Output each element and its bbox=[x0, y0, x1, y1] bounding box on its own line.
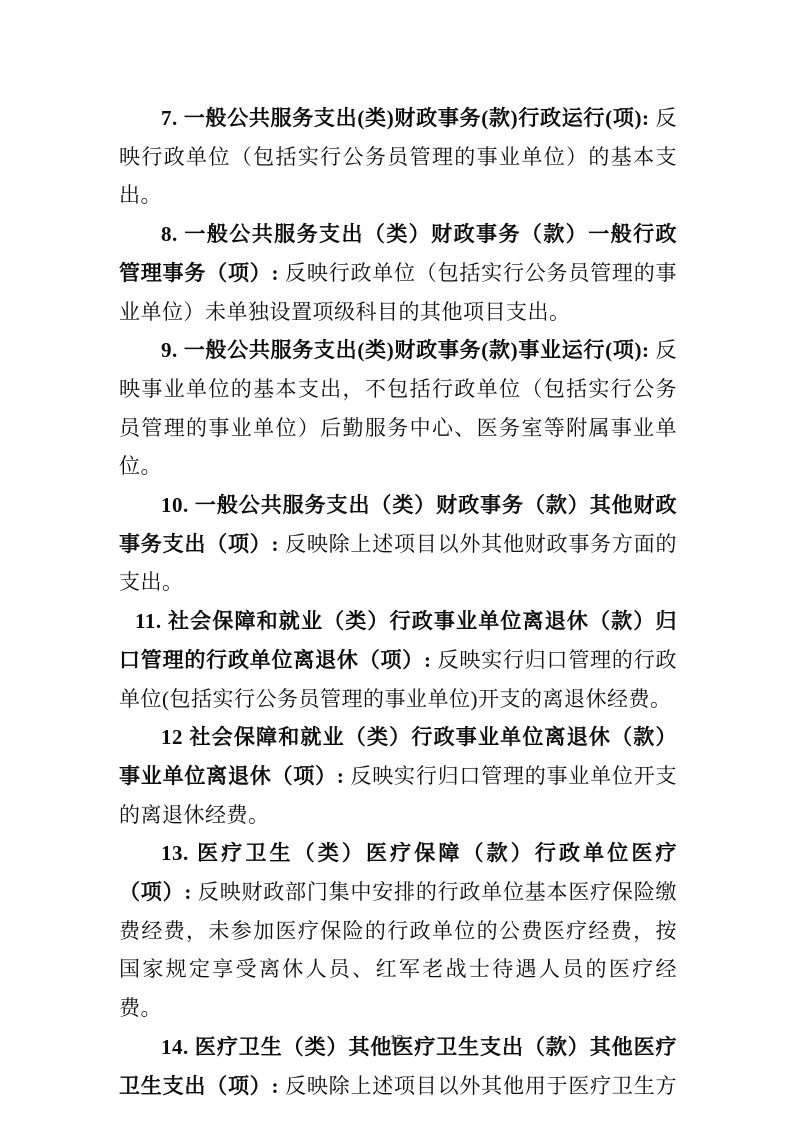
document-page: 7. 一般公共服务支出(类)财政事务(款)行政运行(项): 反映行政单位（包括实… bbox=[0, 0, 793, 1122]
document-body: 7. 一般公共服务支出(类)财政事务(款)行政运行(项): 反映行政单位（包括实… bbox=[119, 99, 677, 1105]
definition-item-9: 9. 一般公共服务支出(类)财政事务(款)事业运行(项): 反映事业单位的基本支… bbox=[119, 331, 677, 486]
definition-item-7: 7. 一般公共服务支出(类)财政事务(款)行政运行(项): 反映行政单位（包括实… bbox=[119, 99, 677, 215]
definition-item-11: 11. 社会保障和就业（类）行政事业单位离退休（款）归口管理的行政单位离退休（项… bbox=[119, 602, 677, 718]
definition-item-12: 12 社会保障和就业（类）行政事业单位离退休（款）事业单位离退休（项）: 反映实… bbox=[119, 718, 677, 834]
page-number: 12 bbox=[0, 1033, 793, 1049]
item-14-body: 反映除上述项目以外其他用于医疗卫生方 bbox=[279, 1074, 677, 1098]
definition-item-10: 10. 一般公共服务支出（类）财政事务（款）其他财政事务支出（项）: 反映除上述… bbox=[119, 486, 677, 602]
definition-item-8: 8. 一般公共服务支出（类）财政事务（款）一般行政管理事务（项）: 反映行政单位… bbox=[119, 215, 677, 331]
item-9-heading: 9. 一般公共服务支出(类)财政事务(款)事业运行(项): bbox=[161, 338, 650, 362]
item-13-body: 反映财政部门集中安排的行政单位基本医疗保险缴费经费，未参加医疗保险的行政单位的公… bbox=[119, 880, 677, 1020]
item-7-heading: 7. 一般公共服务支出(类)财政事务(款)行政运行(项): bbox=[161, 106, 650, 130]
definition-item-13: 13. 医疗卫生（类）医疗保障（款）行政单位医疗（项）: 反映财政部门集中安排的… bbox=[119, 834, 677, 1028]
